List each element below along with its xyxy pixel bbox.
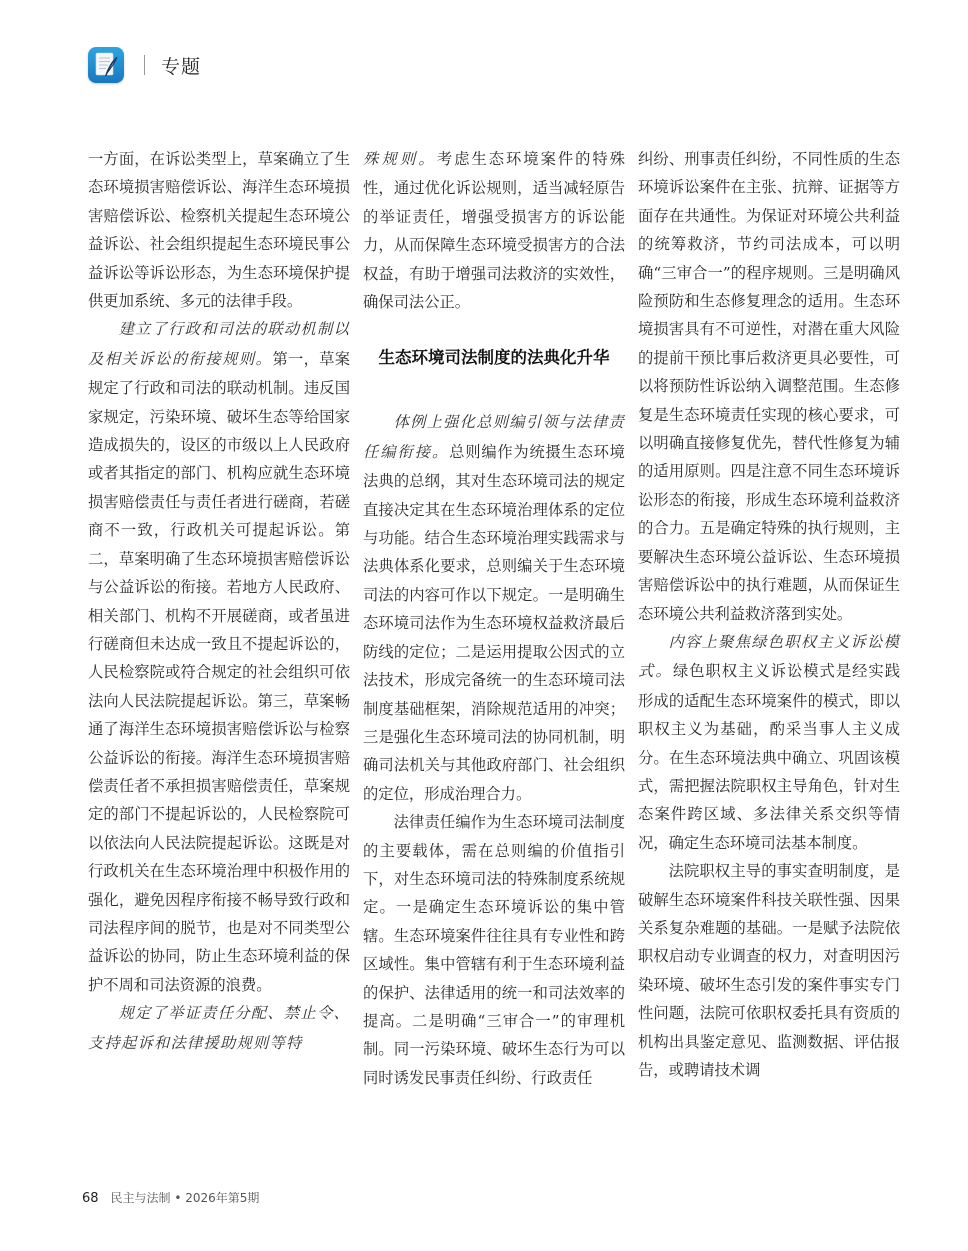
section-heading: 生态环境司法制度的法典化升华 — [363, 344, 625, 372]
paragraph: 内容上聚焦绿色职权主义诉讼模式。绿色职权主义诉讼模式是经实践形成的适配生态环境案… — [638, 628, 900, 857]
paragraph-text: 总则编作为统摄生态环境法典的总纲，其对生态环境司法的规定直接决定其在生态环境治理… — [363, 443, 625, 803]
paragraph-lead-heading: 殊规则。 — [363, 151, 437, 168]
paragraph: 法律责任编作为生态环境司法制度的主要载体，需在总则编的价值指引下，对生态环境司法… — [363, 808, 625, 1092]
text-column-3: 纠纷、刑事责任纠纷，不同性质的生态环境诉讼案件在主张、抗辩、证据等方面存在共通性… — [638, 145, 900, 1084]
page-header: 专题 — [88, 46, 201, 84]
paragraph-text: 法律责任编作为生态环境司法制度的主要载体，需在总则编的价值指引下，对生态环境司法… — [363, 813, 625, 1087]
paragraph: 体例上强化总则编引领与法律责任编衔接。总则编作为统摄生态环境法典的总纲，其对生态… — [363, 408, 625, 808]
page-number: 68 — [82, 1191, 99, 1206]
paragraph-text: 一方面，在诉讼类型上，草案确立了生态环境损害赔偿诉讼、海洋生态环境损害赔偿诉讼、… — [88, 150, 350, 310]
paragraph: 纠纷、刑事责任纠纷，不同性质的生态环境诉讼案件在主张、抗辩、证据等方面存在共通性… — [638, 145, 900, 628]
paragraph-text: 纠纷、刑事责任纠纷，不同性质的生态环境诉讼案件在主张、抗辩、证据等方面存在共通性… — [638, 150, 900, 623]
paragraph: 建立了行政和司法的联动机制以及相关诉讼的衔接规则。第一，草案规定了行政和司法的联… — [88, 315, 350, 999]
paragraph: 殊规则。考虑生态环境案件的特殊性，通过优化诉讼规则，适当减轻原告的举证责任，增强… — [363, 145, 625, 316]
page-footer: 68 民主与法制 • 2026年第5期 — [82, 1189, 259, 1206]
paragraph-lead-heading: 规定了举证责任分配、禁止令、支持起诉和法律援助规则等特 — [88, 1005, 350, 1051]
notepad-quill-icon — [88, 47, 124, 83]
publication-info: 民主与法制 • 2026年第5期 — [111, 1189, 260, 1206]
section-label: 专题 — [161, 52, 201, 79]
paragraph: 规定了举证责任分配、禁止令、支持起诉和法律援助规则等特 — [88, 999, 350, 1058]
header-divider — [144, 55, 145, 75]
paragraph: 法院职权主导的事实查明制度，是破解生态环境案件科技关联性强、因果关系复杂难题的基… — [638, 857, 900, 1084]
paragraph-text: 法院职权主导的事实查明制度，是破解生态环境案件科技关联性强、因果关系复杂难题的基… — [638, 862, 900, 1079]
text-column-2: 殊规则。考虑生态环境案件的特殊性，通过优化诉讼规则，适当减轻原告的举证责任，增强… — [363, 145, 625, 1092]
paragraph-text: 第一，草案规定了行政和司法的联动机制。违反国家规定，污染环境、破坏生态等给国家造… — [88, 350, 350, 994]
paragraph-text: 绿色职权主义诉讼模式是经实践形成的适配生态环境案件的模式，即以职权主义为基础，酌… — [638, 662, 900, 851]
paragraph-text: 考虑生态环境案件的特殊性，通过优化诉讼规则，适当减轻原告的举证责任，增强受损害方… — [363, 150, 625, 311]
text-column-1: 一方面，在诉讼类型上，草案确立了生态环境损害赔偿诉讼、海洋生态环境损害赔偿诉讼、… — [88, 145, 350, 1058]
paragraph: 一方面，在诉讼类型上，草案确立了生态环境损害赔偿诉讼、海洋生态环境损害赔偿诉讼、… — [88, 145, 350, 315]
